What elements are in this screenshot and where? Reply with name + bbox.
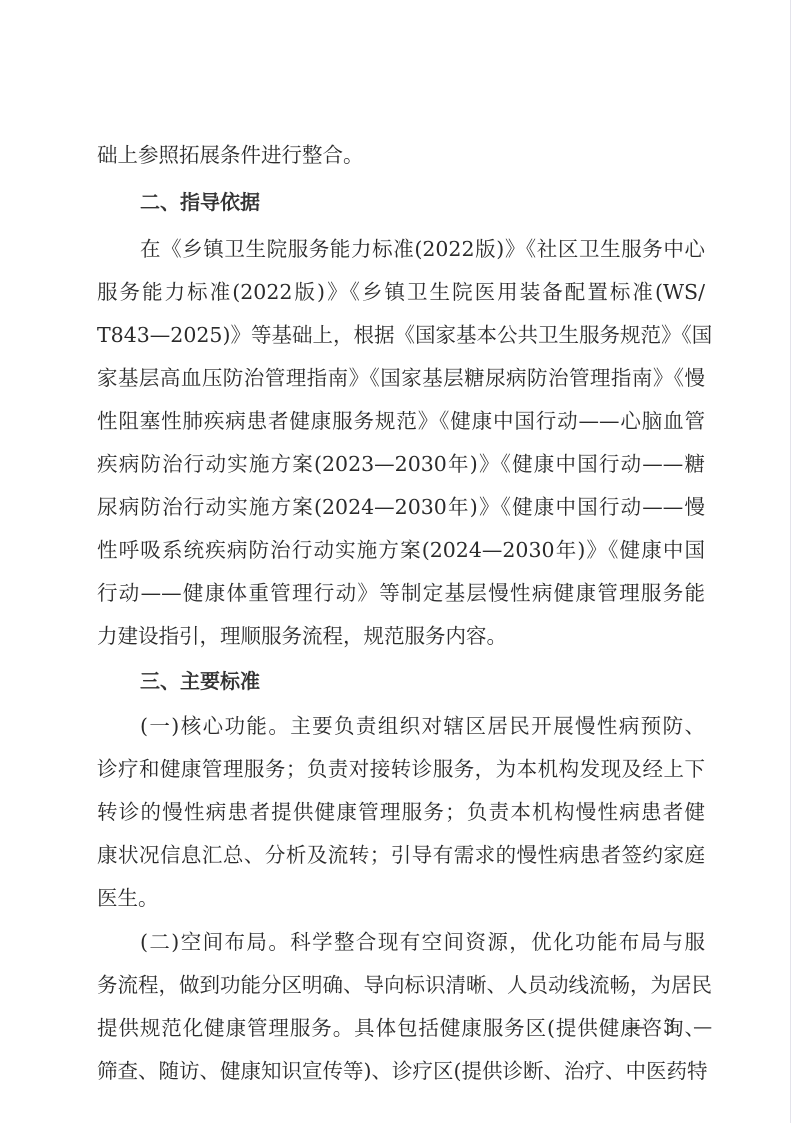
text-line: 医生。: [97, 883, 705, 913]
page-number: — 3 —: [626, 1016, 718, 1038]
scan-edge-line: [790, 0, 791, 1123]
text-line: 诊疗和健康管理服务；负责对接转诊服务，为本机构发现及经上下: [97, 754, 705, 784]
text-line: 础上参照拓展条件进行整合。: [97, 140, 705, 170]
text-line: 提供规范化健康管理服务。具体包括健康服务区(提供健康咨询、: [97, 1013, 705, 1043]
section-heading-guidance-basis: 二、指导依据: [140, 187, 705, 217]
text-line: 家基层高血压防治管理指南》《国家基层糖尿病防治管理指南》《慢: [97, 363, 705, 393]
text-line: 康状况信息汇总、分析及流转；引导有需求的慢性病患者签约家庭: [97, 840, 705, 870]
text-line: (一)核心功能。主要负责组织对辖区居民开展慢性病预防、: [140, 711, 705, 741]
text-line: T843—2025)》等基础上，根据《国家基本公共卫生服务规范》《国: [97, 320, 705, 350]
text-line: 力建设指引，理顺服务流程，规范服务内容。: [97, 621, 705, 651]
text-line: 转诊的慢性病患者提供健康管理服务；负责本机构慢性病患者健: [97, 797, 705, 827]
text-line: 筛查、随访、健康知识宣传等)、诊疗区(提供诊断、治疗、中医药特: [97, 1056, 705, 1086]
text-line: 性阻塞性肺疾病患者健康服务规范》《健康中国行动——心脑血管: [97, 406, 705, 436]
text-line: 服务能力标准(2022版)》《乡镇卫生院医用装备配置标准(WS/: [97, 277, 705, 307]
text-line: 尿病防治行动实施方案(2024—2030年)》《健康中国行动——慢: [97, 492, 705, 522]
text-line: 疾病防治行动实施方案(2023—2030年)》《健康中国行动——糖: [97, 449, 705, 479]
text-line: 在《乡镇卫生院服务能力标准(2022版)》《社区卫生服务中心: [140, 234, 705, 264]
text-line: 行动——健康体重管理行动》等制定基层慢性病健康管理服务能: [97, 578, 705, 608]
section-heading-main-standards: 三、主要标准: [140, 666, 705, 696]
text-line: 务流程，做到功能分区明确、导向标识清晰、人员动线流畅，为居民: [97, 970, 705, 1000]
text-line: (二)空间布局。科学整合现有空间资源，优化功能布局与服: [140, 927, 705, 957]
text-line: 性呼吸系统疾病防治行动实施方案(2024—2030年)》《健康中国: [97, 535, 705, 565]
